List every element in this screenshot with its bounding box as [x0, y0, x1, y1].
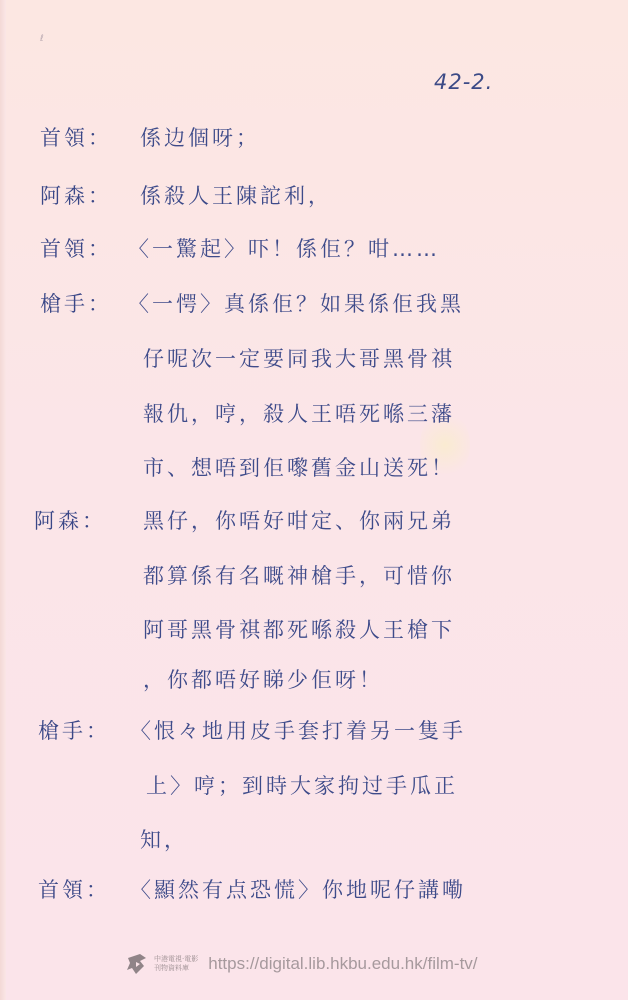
script-line-continued: 阿哥黑骨祺都死喺殺人王槍下	[143, 614, 455, 644]
dialogue-text: 〈一愕〉真係佢？如果係佢我黑	[128, 288, 464, 318]
dialogue-text: 〈恨々地用皮手套打着另一隻手	[130, 715, 466, 745]
dialogue-text: ，你都唔好睇少佢呀！	[143, 664, 383, 694]
script-line: 阿森：係殺人王陳詑利，	[40, 180, 332, 210]
script-line: 首領：〈顯然有点恐慌〉你地呢仔講嘞	[38, 874, 466, 904]
script-line: 槍手：〈一愕〉真係佢？如果係佢我黑	[40, 288, 464, 318]
dialogue-text: 報仇，哼，殺人王唔死喺三藩	[143, 398, 455, 428]
archive-logo-text: 中港電視‧電影 刊物資料庫	[154, 955, 198, 973]
dialogue-text: 知，	[140, 824, 188, 854]
dialogue-text: 仔呢次一定要同我大哥黑骨祺	[143, 343, 455, 373]
dialogue-text: 阿哥黑骨祺都死喺殺人王槍下	[143, 614, 455, 644]
speaker-label: 槍手：	[38, 715, 130, 745]
archive-watermark: 中港電視‧電影 刊物資料庫 https://digital.lib.hkbu.e…	[126, 952, 478, 976]
speaker-label: 阿森：	[40, 180, 140, 210]
script-line-continued: 都算係有名嘅神槍手，可惜你	[143, 560, 455, 590]
speaker-label: 槍手：	[40, 288, 128, 318]
dialogue-text: 係殺人王陳詑利，	[140, 180, 332, 210]
script-line: 首領：係边個呀；	[40, 122, 260, 152]
dialogue-text: 〈一驚起〉吓！係佢？咁……	[128, 233, 440, 263]
logo-line-2: 刊物資料庫	[154, 964, 198, 973]
script-line-continued: ，你都唔好睇少佢呀！	[143, 664, 383, 694]
script-line: 首領：〈一驚起〉吓！係佢？咁……	[40, 233, 440, 263]
dialogue-text: 都算係有名嘅神槍手，可惜你	[143, 560, 455, 590]
archive-url-link[interactable]: https://digital.lib.hkbu.edu.hk/film-tv/	[208, 954, 477, 974]
scanned-script-page: ℓ 42-2. 首領：係边個呀； 阿森：係殺人王陳詑利， 首領：〈一驚起〉吓！係…	[0, 0, 628, 1000]
script-line-continued: 報仇，哼，殺人王唔死喺三藩	[143, 398, 455, 428]
dialogue-text: 係边個呀；	[140, 122, 260, 152]
script-line: 槍手：〈恨々地用皮手套打着另一隻手	[38, 715, 466, 745]
dialogue-text: 黑仔，你唔好咁定、你兩兄弟	[143, 505, 455, 535]
page-edge	[0, 0, 6, 1000]
speaker-label: 阿森：	[34, 505, 143, 535]
script-line-continued: 上〉哼；到時大家拘过手瓜正	[146, 770, 458, 800]
script-line-continued: 知，	[140, 824, 188, 854]
speaker-label: 首領：	[40, 122, 140, 152]
speaker-label: 首領：	[38, 874, 130, 904]
speaker-label: 首領：	[40, 233, 128, 263]
script-line: 阿森：黑仔，你唔好咁定、你兩兄弟	[34, 505, 455, 535]
archive-logo-icon	[126, 952, 148, 976]
dialogue-text: 上〉哼；到時大家拘过手瓜正	[146, 770, 458, 800]
script-line-continued: 市、想唔到佢嚟舊金山送死！	[143, 452, 455, 482]
dialogue-text: 市、想唔到佢嚟舊金山送死！	[143, 452, 455, 482]
logo-line-1: 中港電視‧電影	[154, 955, 198, 964]
script-line-continued: 仔呢次一定要同我大哥黑骨祺	[143, 343, 455, 373]
dialogue-text: 〈顯然有点恐慌〉你地呢仔講嘞	[130, 874, 466, 904]
page-number: 42-2.	[434, 70, 493, 94]
paper-mark: ℓ	[40, 34, 44, 44]
